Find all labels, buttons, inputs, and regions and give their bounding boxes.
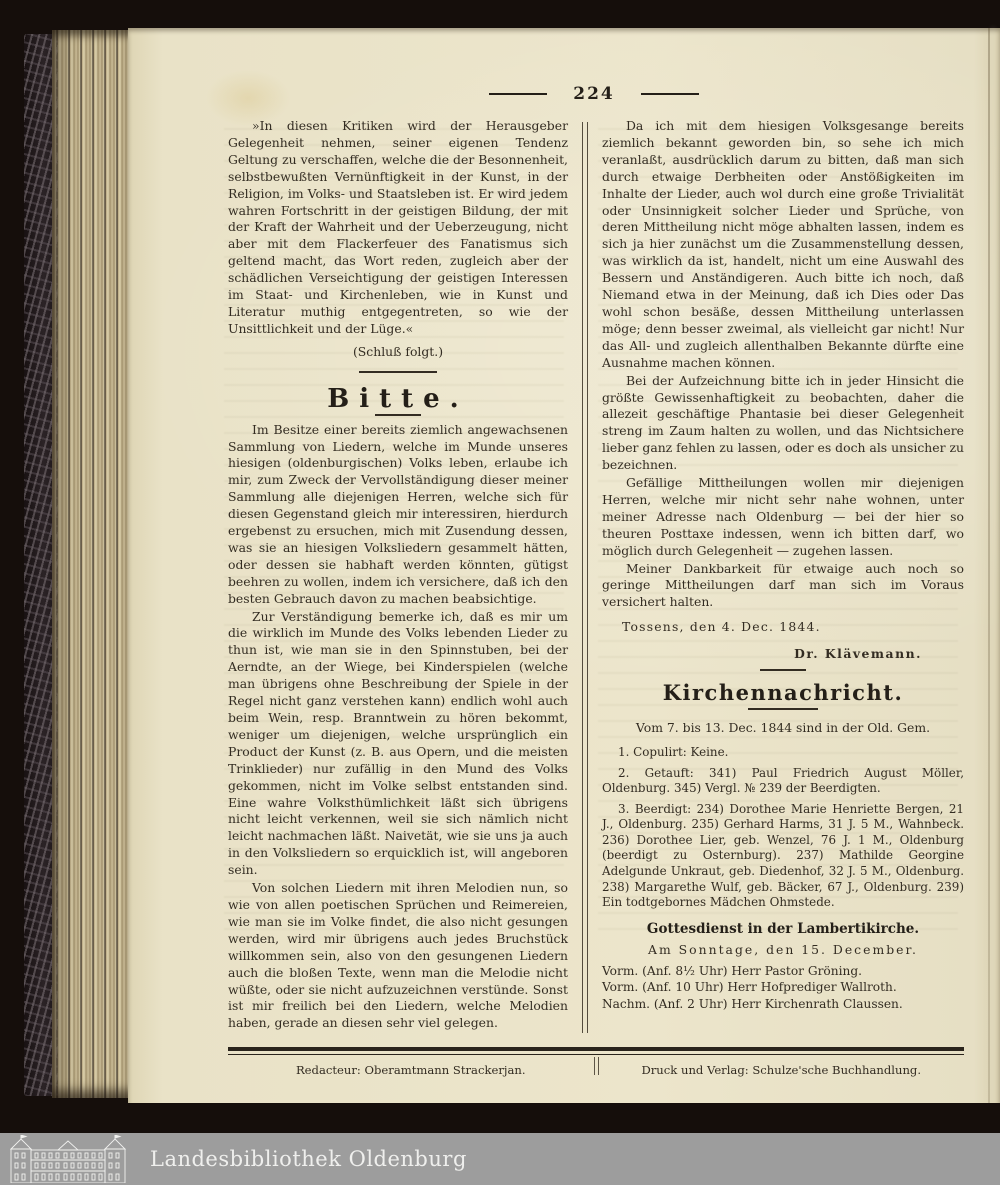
library-building-logo-icon [8,1135,128,1183]
paragraph: Gefällige Mittheilungen wollen mir dieje… [602,475,964,560]
signature: Dr. Klävemann. [602,646,964,663]
book-scan: 224 »In diesen Kritiken wird der Herausg… [0,0,1000,1185]
column-divider-rule [582,122,588,1033]
imprint-publisher: Druck und Verlag: Schulze'sche Buchhandl… [599,1063,965,1077]
pagenum-dash [641,93,699,96]
title-underline-rule [375,414,421,416]
service-line: Vorm. (Anf. 10 Uhr) Herr Hofprediger Wal… [602,979,964,996]
right-column: Da ich mit dem hiesigen Volksgesange ber… [602,118,964,1033]
pagenum-dash [489,93,547,96]
quote-paragraph: »In diesen Kritiken wird der Herausgeber… [228,118,568,338]
service-line: Nachm. (Anf. 2 Uhr) Herr Kirchenrath Cla… [602,996,964,1013]
service-line: Vorm. (Anf. 8½ Uhr) Herr Pastor Gröning. [602,963,964,980]
text-block: »In diesen Kritiken wird der Herausgeber… [228,118,964,1077]
service-title: Gottesdienst in der Lambertikirche. [602,921,964,938]
continuation-note: (Schluß folgt.) [228,344,568,361]
section-title: Bitte. [228,391,568,408]
page-number: 224 [573,84,615,104]
service-date: Am Sonntage, den 15. December. [602,942,964,959]
library-footer: Landesbibliothek Oldenburg [0,1133,1000,1185]
page-header: 224 [228,84,960,104]
imprint-row: Redacteur: Oberamtmann Strackerjan. Druc… [228,1063,964,1077]
section-divider-rule [760,669,806,671]
page-right-edge [988,28,990,1106]
left-column: »In diesen Kritiken wird der Herausgeber… [228,118,568,1033]
library-name: Landesbibliothek Oldenburg [150,1147,467,1171]
book-page-edges [52,30,134,1098]
church-intro: Vom 7. bis 13. Dec. 1844 sind in der Old… [602,720,964,737]
backdrop-gap [0,1103,1000,1133]
dateline: Tossens, den 4. Dec. 1844. [602,619,964,636]
imprint-redacteur: Redacteur: Oberamtmann Strackerjan. [228,1063,594,1077]
section-divider-rule [359,371,437,373]
paragraph: Zur Verständigung bemerke ich, daß es mi… [228,609,568,880]
paragraph: Meiner Dankbarkeit für etwaige auch noch… [602,561,964,612]
paragraph: Bei der Aufzeichnung bitte ich in jeder … [602,373,964,474]
church-entry: 3. Beerdigt: 234) Dorothee Marie Henriet… [602,802,964,911]
scanned-page: 224 »In diesen Kritiken wird der Herausg… [128,28,1000,1106]
church-entry: 2. Getauft: 341) Paul Friedrich August M… [602,766,964,797]
church-entry: 1. Copulirt: Keine. [602,745,964,761]
paragraph: Von solchen Liedern mit ihren Melodien n… [228,880,568,1032]
imprint-rule [228,1047,964,1055]
paragraph: Im Besitze einer bereits ziemlich angewa… [228,422,568,608]
church-section-title: Kirchennachricht. [602,685,964,702]
paragraph: Da ich mit dem hiesigen Volksgesange ber… [602,118,964,372]
title-underline-rule [748,708,818,710]
